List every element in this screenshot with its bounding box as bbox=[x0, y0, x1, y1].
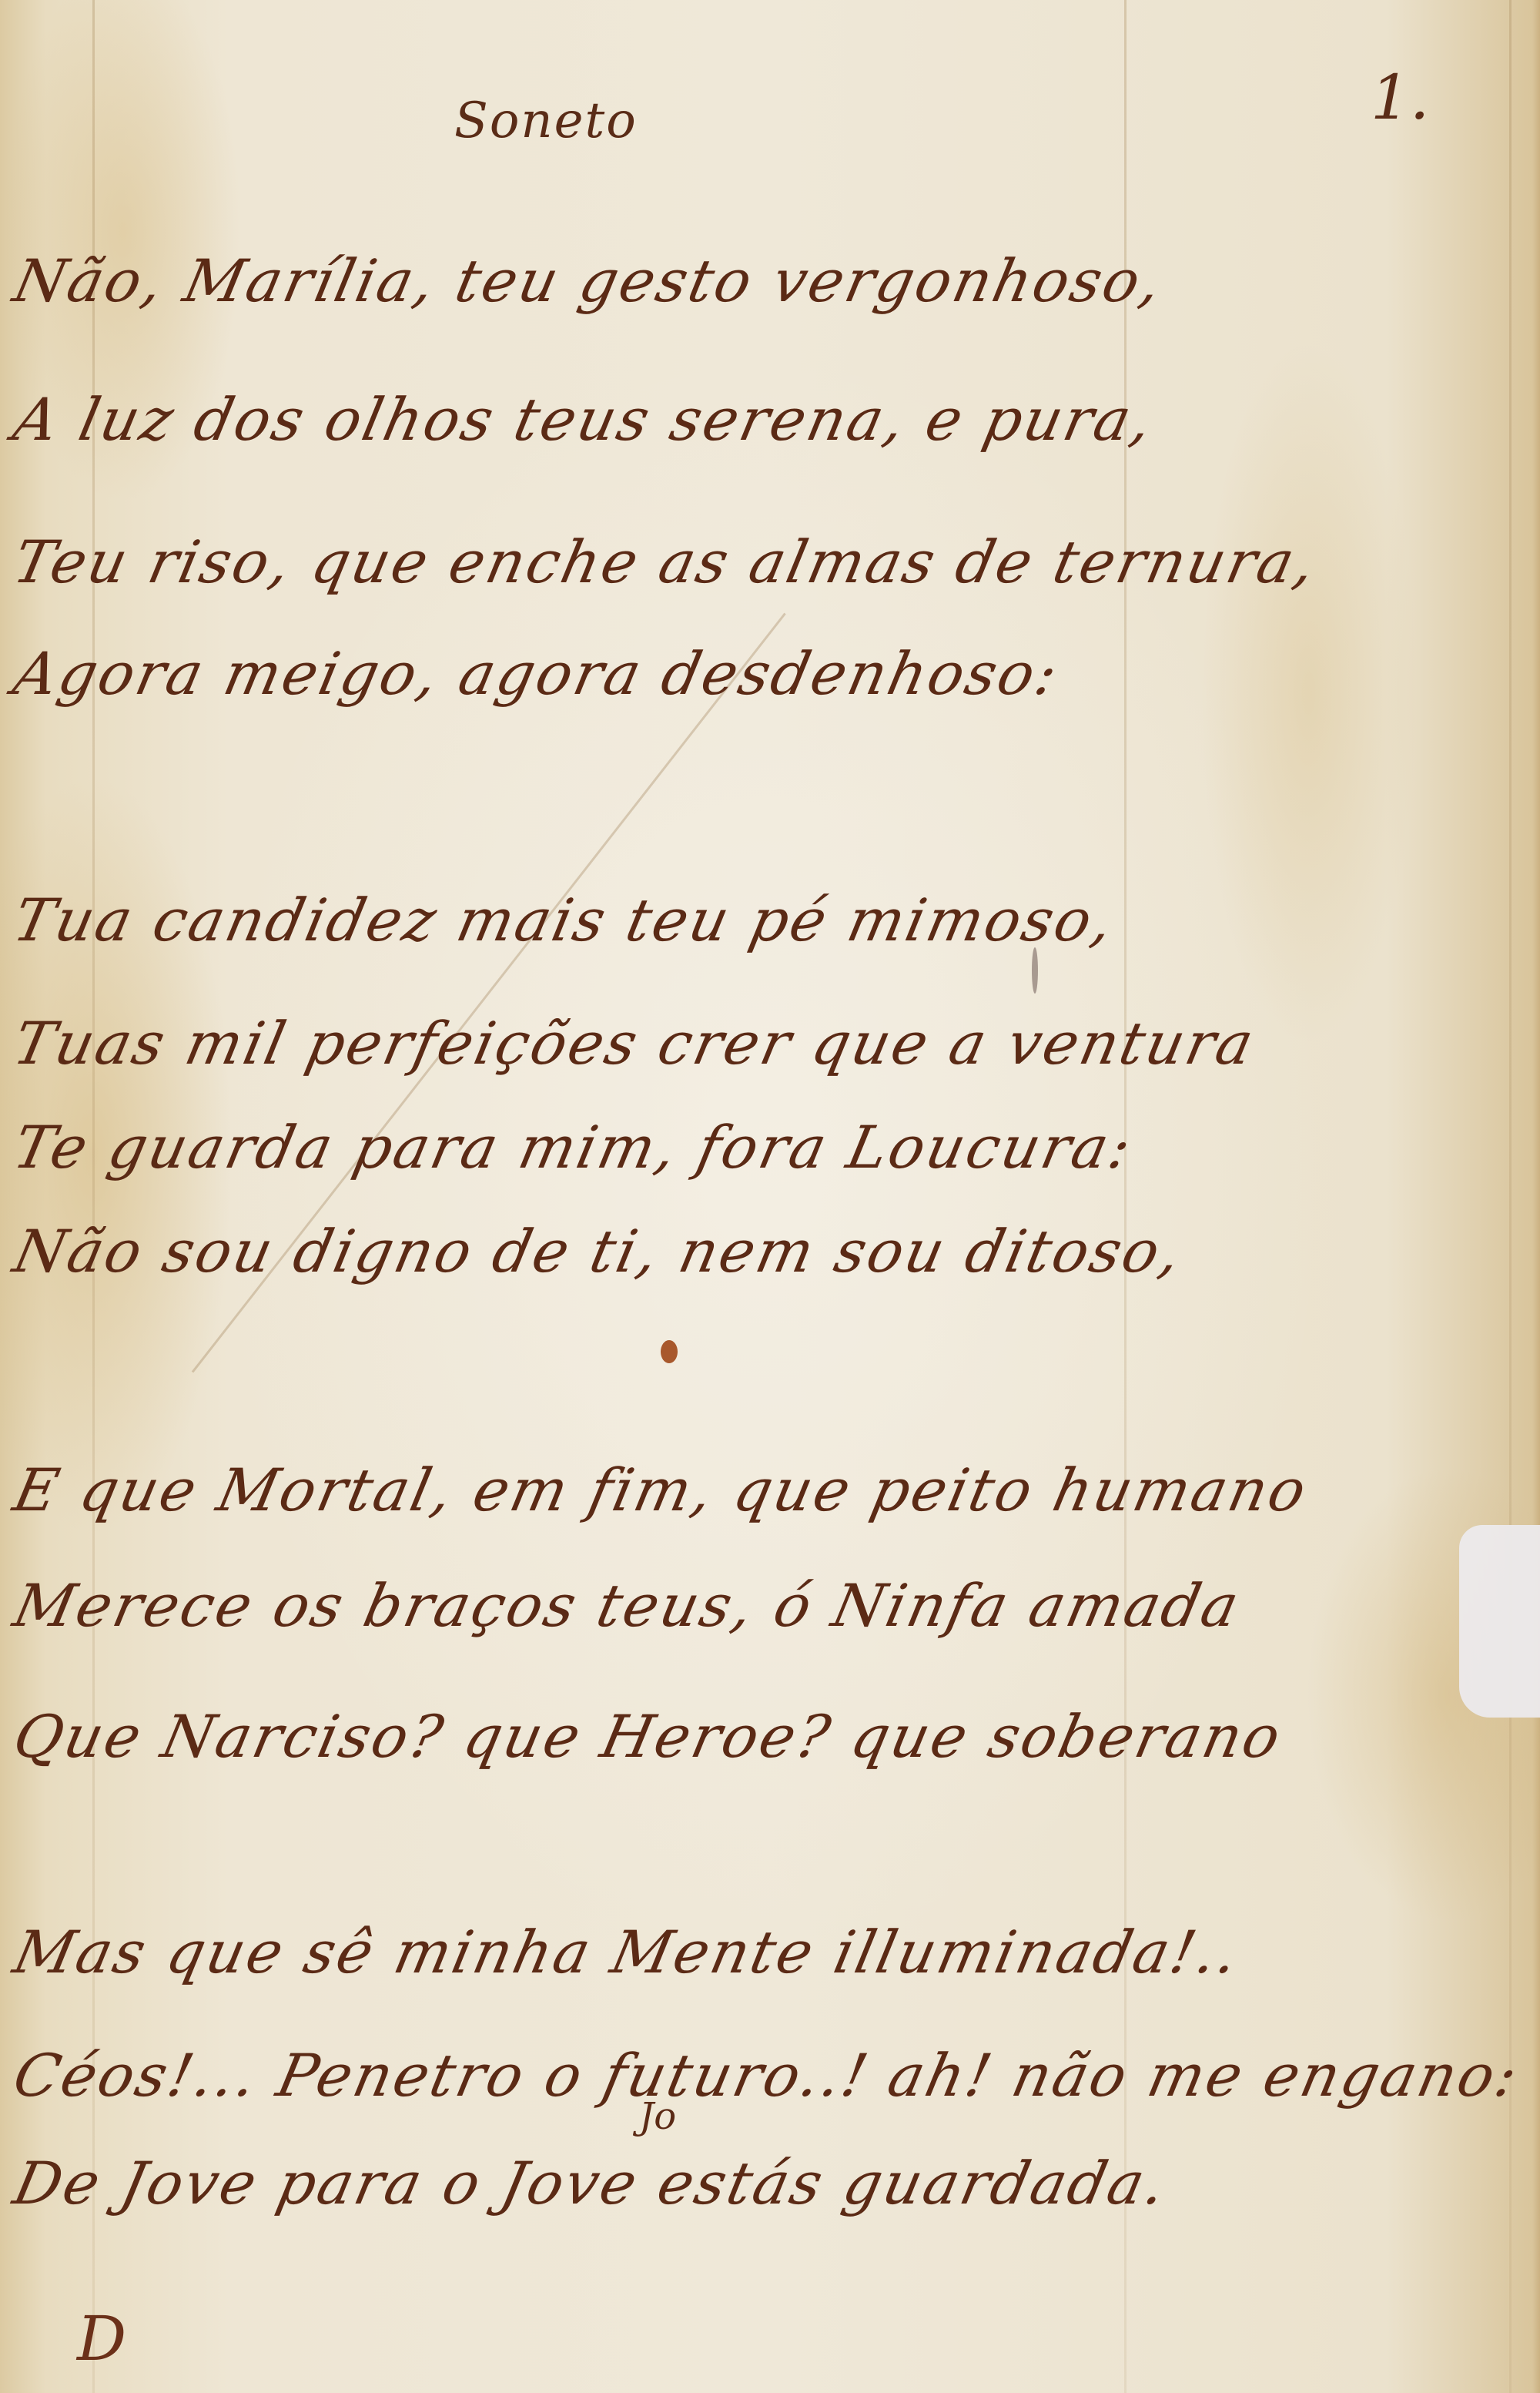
verse-line: Teu riso, que enche as almas de ternura, bbox=[8, 528, 1540, 596]
manuscript-page: Soneto 1. Não, Marília, teu gesto vergon… bbox=[0, 0, 1540, 2393]
verse-line: Tua candidez mais teu pé mimoso, bbox=[8, 886, 1540, 954]
paper-fold bbox=[92, 0, 95, 2393]
verse-line: Não sou digno de ti, nem sou ditoso, bbox=[8, 1217, 1540, 1285]
page-number: 1. bbox=[1371, 62, 1429, 133]
paper-edge bbox=[1509, 0, 1512, 2393]
superscript-insertion: Jo bbox=[639, 2095, 676, 2138]
verse-line: Agora meigo, agora desdenhoso: bbox=[8, 639, 1540, 708]
verse-line: Não, Marília, teu gesto vergonhoso, bbox=[8, 246, 1540, 315]
verse-line: Que Narciso? que Heroe? que soberano bbox=[8, 1702, 1540, 1771]
verse-line: Te guarda para mim, fora Loucura: bbox=[8, 1113, 1540, 1181]
verse-line: E que Mortal, em fim, que peito humano bbox=[8, 1456, 1540, 1524]
verse-line: A luz dos olhos teus serena, e pura, bbox=[8, 385, 1540, 454]
ink-smudge bbox=[1032, 947, 1038, 994]
paper-fold bbox=[1124, 0, 1127, 2393]
verse-line: Mas que sê minha Mente illuminada!.. bbox=[8, 1918, 1540, 1986]
ink-stain bbox=[661, 1340, 678, 1363]
corner-mark: D bbox=[77, 2303, 126, 2375]
poem-title: Soneto bbox=[454, 92, 638, 149]
verse-line: Tuas mil perfeições crer que a ventura bbox=[8, 1009, 1540, 1078]
verse-line: Céos!... Penetro o futuro..! ah! não me … bbox=[8, 2041, 1540, 2110]
verse-line: Merece os braços teus, ó Ninfa amada bbox=[8, 1571, 1540, 1640]
verse-line: De Jove para o Jove estás guardada. bbox=[8, 2149, 1540, 2217]
